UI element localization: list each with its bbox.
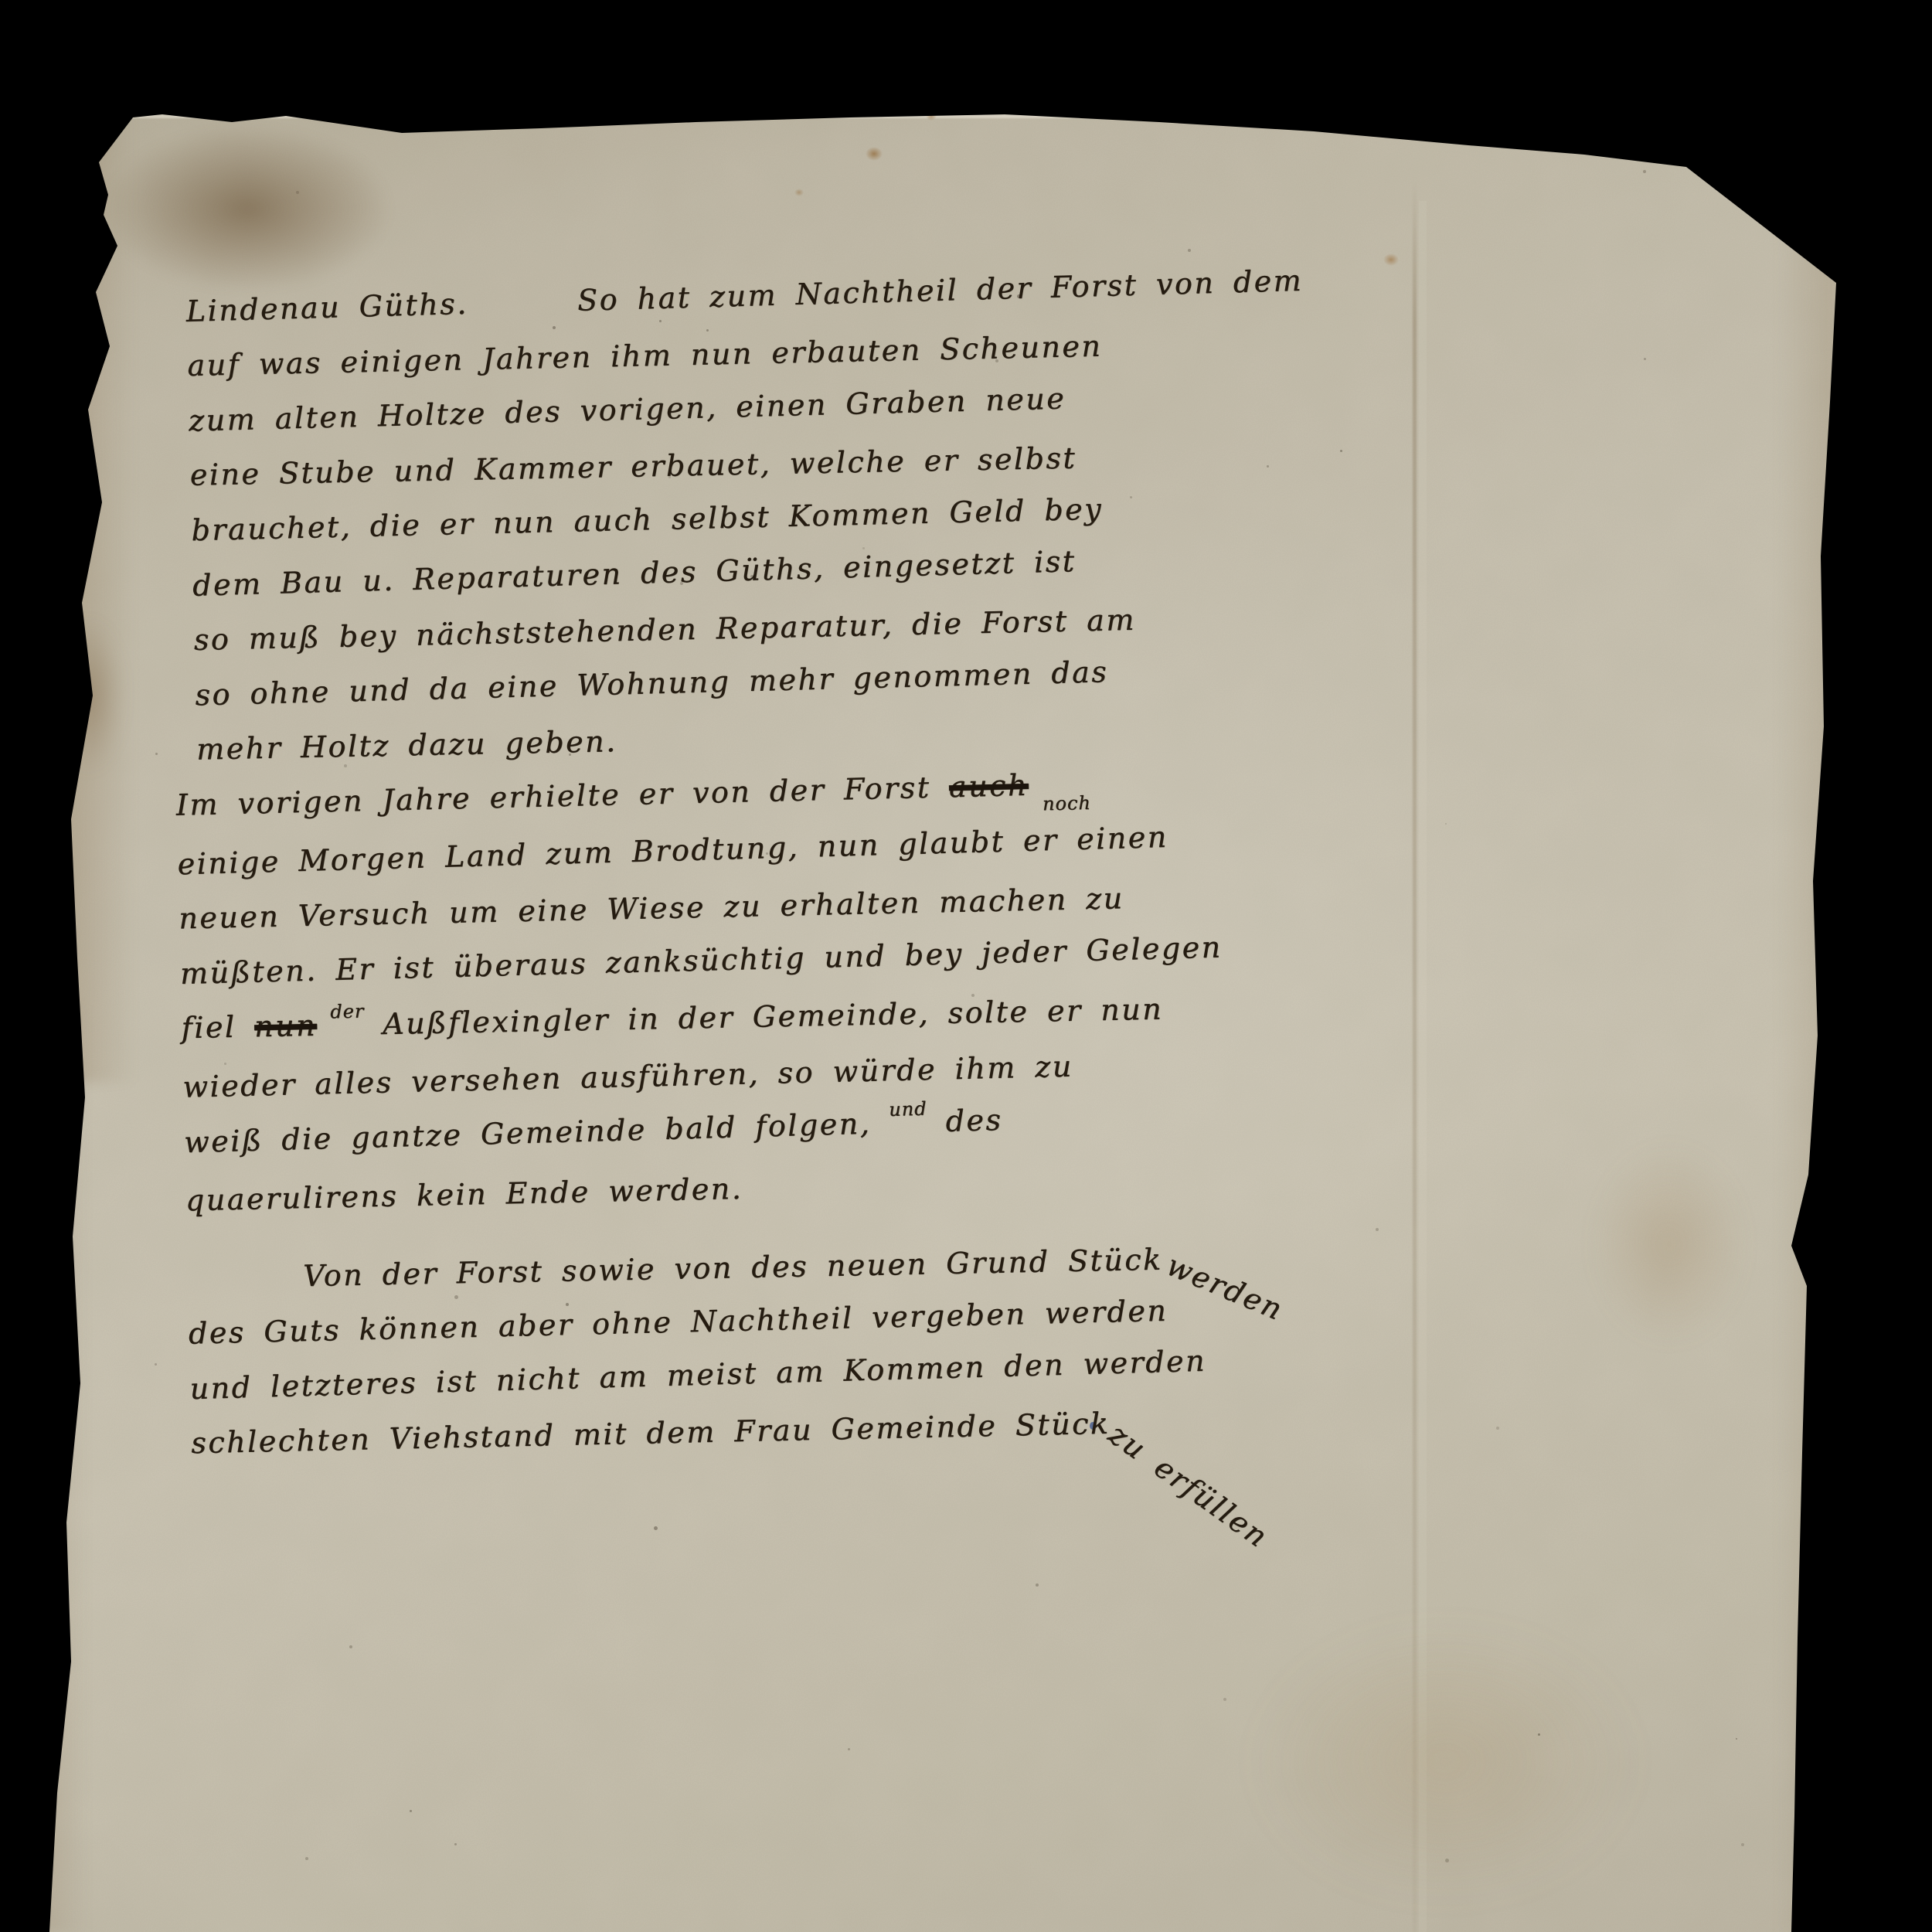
dust-speck [1644,358,1646,360]
photo-background: Lindenau Güths. So hat zum Nachtheil der… [0,0,1932,1932]
dust-speck [553,326,556,329]
word-run: weiß die gantze Gemeinde bald folgen, [184,1106,890,1159]
dust-speck [1538,1733,1540,1736]
dust-speck [691,683,693,685]
inserted-word: der [316,1001,364,1023]
dust-speck [1130,496,1132,498]
word-run: Im vorigen Jahre erhielte er von der For… [175,770,949,822]
dust-speck [454,1295,458,1299]
dust-speck [706,329,709,332]
dust-speck [1376,1228,1379,1231]
paragraph: Von der Forst sowie von des neuen Grund … [186,1226,1296,1471]
manuscript-text: Lindenau Güths. So hat zum Nachtheil der… [164,258,1297,1471]
dust-speck [1445,1859,1449,1862]
dust-speck [971,994,975,997]
word-run: fiel [181,1009,254,1045]
struck-word: auch [948,768,1029,804]
dust-speck [444,1334,448,1338]
dust-speck [659,320,662,322]
word-run: des [927,1103,1003,1139]
dust-speck [155,1363,157,1366]
dust-speck [848,1748,850,1750]
dust-speck [680,582,683,585]
manuscript-paper-sheet: Lindenau Güths. So hat zum Nachtheil der… [0,0,1932,1932]
dust-speck [305,1857,308,1860]
dust-speck [766,852,768,855]
dust-speck [296,191,299,194]
dust-speck [410,1810,412,1812]
dust-speck [1267,465,1269,468]
dust-speck [1643,170,1646,173]
dust-speck [1036,1583,1039,1587]
dust-speck [155,753,158,755]
dust-speck [668,476,671,478]
dust-speck [862,547,865,549]
dust-speck [866,568,869,572]
paragraph: Lindenau Güths. So hat zum Nachtheil der… [185,258,1281,777]
dust-speck [344,764,347,767]
top-edge-discoloration [0,0,1932,48]
paragraph: Im vorigen Jahre erhielte er von der For… [175,752,1291,1229]
dust-speck [982,1423,984,1425]
dust-speck [349,1645,352,1648]
dust-speck [514,1029,517,1032]
dust-speck [1736,1738,1737,1740]
dust-speck [1445,823,1447,825]
word-run: Von der Forst sowie von des neuen Grund … [303,1243,1163,1294]
dust-speck [800,565,802,567]
struck-word: nun [254,1009,318,1044]
dust-speck [1340,450,1342,452]
dust-speck [224,1063,226,1065]
inserted-word: und [889,1098,927,1121]
word-run: mehr Holtz dazu geben. [196,724,617,767]
dust-speck [454,1843,457,1845]
word-run: Außflexingler in der Gemeinde, solte er … [364,992,1163,1042]
dust-speck [569,753,571,756]
word-run: quaerulirens kein Ende werden. [185,1172,743,1217]
dust-speck [995,359,998,362]
dust-speck [654,1526,658,1530]
dust-speck [1496,1427,1499,1430]
dust-speck [1017,294,1021,298]
dust-speck [566,1303,569,1306]
dust-speck [1188,249,1191,252]
word-run: schlechten Viehstand mit dem Frau Gemein… [191,1406,1111,1461]
dust-speck [1223,1698,1226,1701]
dust-speck [1741,1843,1744,1846]
word-run: zum alten Holtze des vorigen, einen Grab… [189,381,1066,437]
word-run: eine Stube und Kammer erbauet, welche er… [189,441,1077,492]
dust-speck [750,575,753,578]
